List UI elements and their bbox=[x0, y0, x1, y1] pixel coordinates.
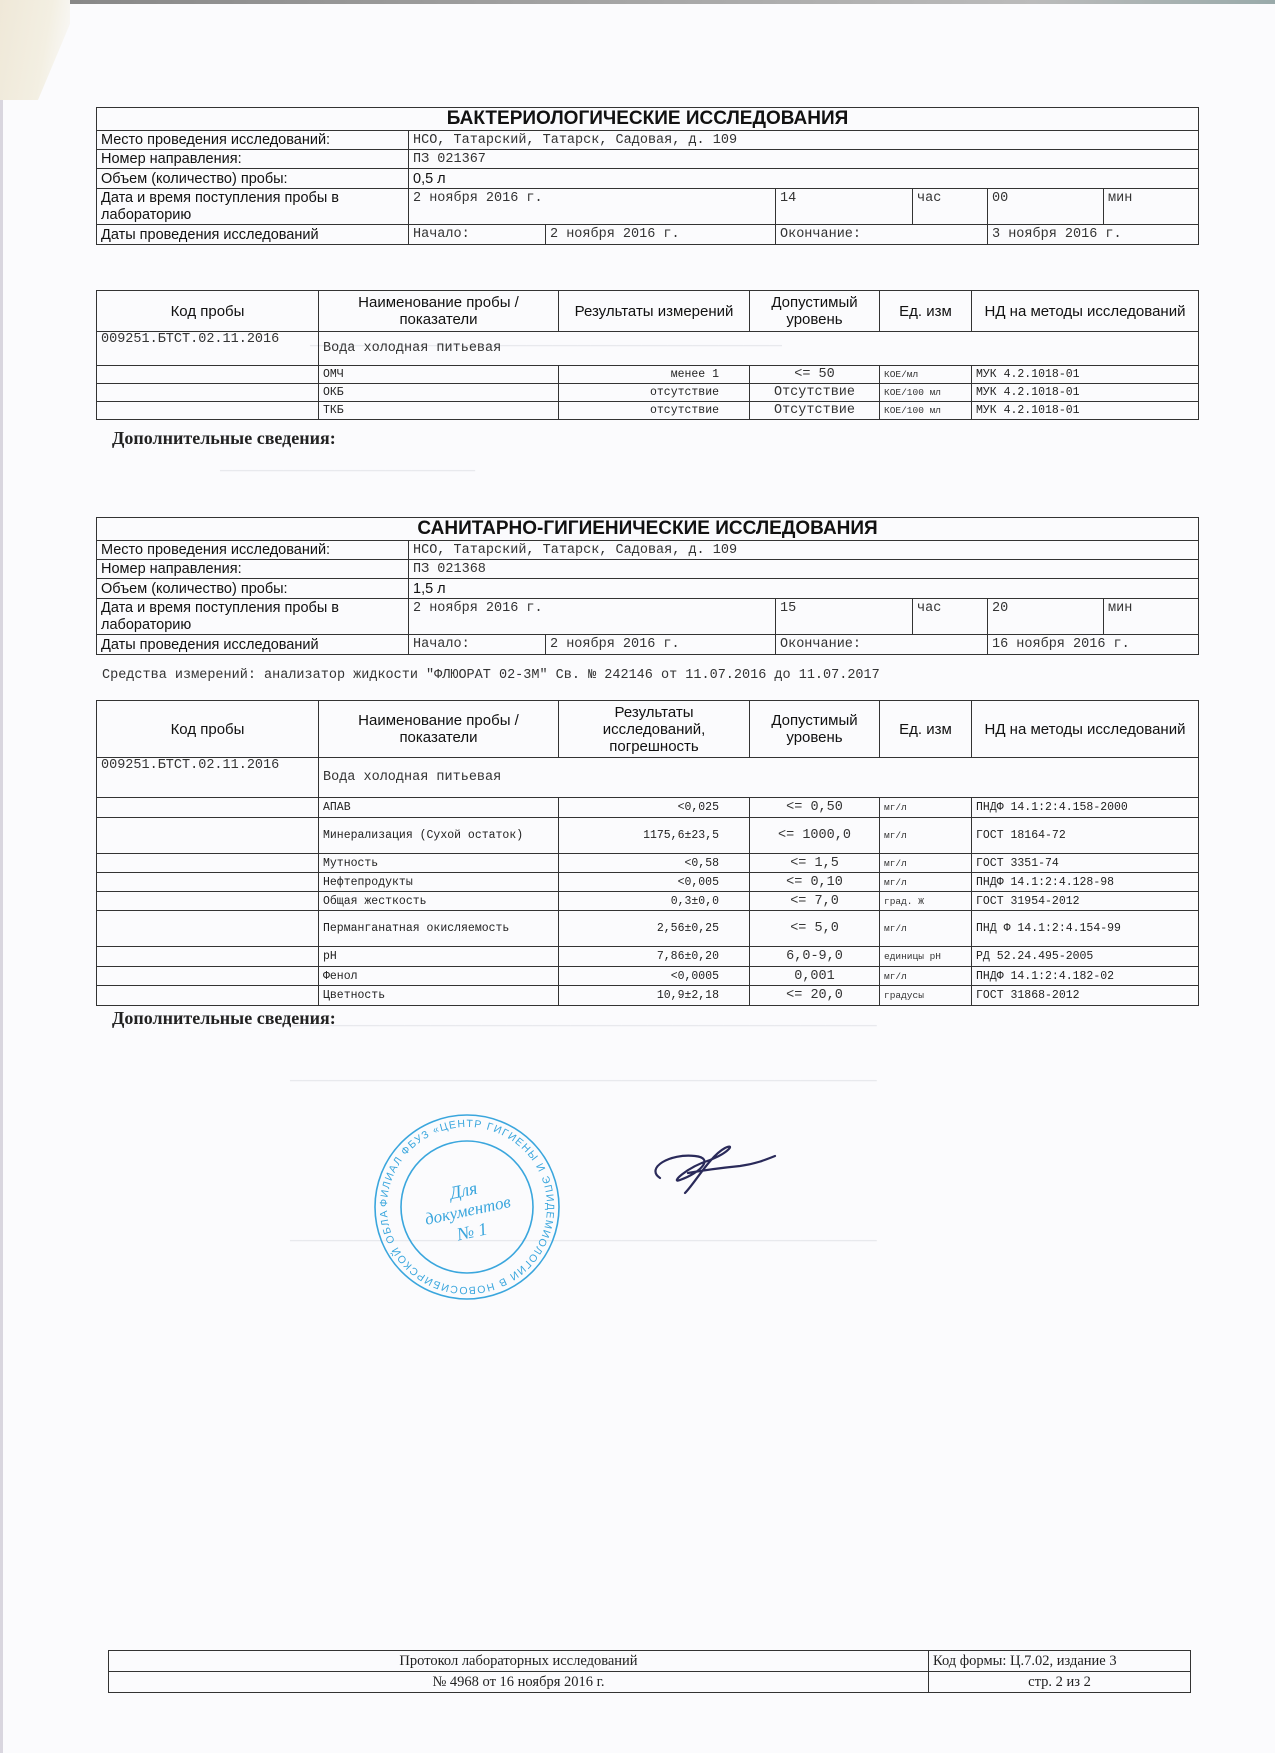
table-row: Фенол<0,00050,001мг/лПНДФ 14.1:2:4.182-0… bbox=[97, 967, 1199, 986]
result-value: <0,005 bbox=[559, 873, 750, 892]
allowed-level: <= 5,0 bbox=[750, 911, 880, 947]
indicator-name: Минерализация (Сухой остаток) bbox=[319, 818, 559, 854]
unit-of-measure: мг/л bbox=[880, 873, 972, 892]
place-value: НСО, Татарский, Татарск, Садовая, д. 109 bbox=[409, 541, 1199, 560]
volume-value: 0,5 л bbox=[409, 169, 1199, 189]
unit-of-measure: мг/л bbox=[880, 798, 972, 818]
indicator-name: ОКБ bbox=[319, 384, 559, 402]
result-value: менее 1 bbox=[559, 366, 750, 384]
result-value: 0,3±0,0 bbox=[559, 892, 750, 911]
sample-code: 009251.БТСТ.02.11.2016 bbox=[97, 758, 319, 798]
table-row: Цветность10,9±2,18<= 20,0градусыГОСТ 318… bbox=[97, 986, 1199, 1006]
method-document: ПНДФ 14.1:2:4.128-98 bbox=[972, 873, 1199, 892]
start-value: 2 ноября 2016 г. bbox=[546, 635, 776, 655]
table-row: Минерализация (Сухой остаток)1175,6±23,5… bbox=[97, 818, 1199, 854]
result-value: отсутствие bbox=[559, 384, 750, 402]
sanitary-info-table: САНИТАРНО-ГИГИЕНИЧЕСКИЕ ИССЛЕДОВАНИЯ Мес… bbox=[96, 517, 1199, 655]
unit-of-measure: мг/л bbox=[880, 967, 972, 986]
sample-name: Вода холодная питьевая bbox=[319, 332, 1199, 366]
allowed-level: <= 1,5 bbox=[750, 854, 880, 873]
allowed-level: Отсутствие bbox=[750, 402, 880, 420]
hour-unit: час bbox=[913, 599, 988, 635]
unit-of-measure: градусы bbox=[880, 986, 972, 1006]
method-document: РД 52.24.495-2005 bbox=[972, 947, 1199, 967]
end-value: 3 ноября 2016 г. bbox=[988, 225, 1199, 245]
form-code: Код формы: Ц.7.02, издание 3 bbox=[929, 1651, 1191, 1672]
indicator-name: Фенол bbox=[319, 967, 559, 986]
method-document: МУК 4.2.1018-01 bbox=[972, 366, 1199, 384]
protocol-footer: Протокол лабораторных исследований Код ф… bbox=[108, 1650, 1191, 1693]
method-document: МУК 4.2.1018-01 bbox=[972, 402, 1199, 420]
sample-code: 009251.БТСТ.02.11.2016 bbox=[97, 332, 319, 366]
allowed-level: <= 0,50 bbox=[750, 798, 880, 818]
method-document: ПНД Ф 14.1:2:4.154-99 bbox=[972, 911, 1199, 947]
column-header: НД на методы исследований bbox=[972, 701, 1199, 758]
page-indicator: стр. 2 из 2 bbox=[929, 1672, 1191, 1693]
bacteriological-results-table: Код пробы Наименование пробы / показател… bbox=[96, 290, 1199, 420]
received-label: Дата и время поступления пробы в лаборат… bbox=[97, 189, 409, 225]
column-header: Ед. изм bbox=[880, 291, 972, 332]
protocol-title: Протокол лабораторных исследований bbox=[109, 1651, 929, 1672]
table-row: Мутность<0,58<= 1,5мг/лГОСТ 3351-74 bbox=[97, 854, 1199, 873]
volume-label: Объем (количество) пробы: bbox=[97, 579, 409, 599]
sanitary-results-table: Код пробы Наименование пробы / показател… bbox=[96, 700, 1199, 1006]
column-header: Результаты исследований, погрешность bbox=[559, 701, 750, 758]
column-header: Ед. изм bbox=[880, 701, 972, 758]
hour-unit: час bbox=[913, 189, 988, 225]
table-row: АПАВ<0,025<= 0,50мг/лПНДФ 14.1:2:4.158-2… bbox=[97, 798, 1199, 818]
direction-label: Номер направления: bbox=[97, 560, 409, 579]
empty-code-cell bbox=[97, 947, 319, 967]
bleed-through-text: ──────────────────── bbox=[220, 460, 475, 481]
measuring-instruments: Средства измерений: анализатор жидкости … bbox=[102, 668, 880, 683]
result-value: отсутствие bbox=[559, 402, 750, 420]
column-header: Допустимый уровень bbox=[750, 291, 880, 332]
unit-of-measure: град. Ж bbox=[880, 892, 972, 911]
dates-label: Даты проведения исследований bbox=[97, 635, 409, 655]
allowed-level: <= 0,10 bbox=[750, 873, 880, 892]
place-value: НСО, Татарский, Татарск, Садовая, д. 109 bbox=[409, 131, 1199, 150]
page-top-edge bbox=[70, 0, 1275, 4]
additional-info-label: Дополнительные сведения: bbox=[112, 428, 336, 449]
empty-code-cell bbox=[97, 854, 319, 873]
unit-of-measure: КОЕ/мл bbox=[880, 366, 972, 384]
bleed-through-text: ────────────────────────────────────────… bbox=[290, 1070, 877, 1091]
volume-label: Объем (количество) пробы: bbox=[97, 169, 409, 189]
table-row: Перманганатная окисляемость2,56±0,25<= 5… bbox=[97, 911, 1199, 947]
result-value: <0,0005 bbox=[559, 967, 750, 986]
svg-text:№ 1: № 1 bbox=[454, 1219, 489, 1245]
allowed-level: <= 20,0 bbox=[750, 986, 880, 1006]
result-value: 1175,6±23,5 bbox=[559, 818, 750, 854]
unit-of-measure: мг/л bbox=[880, 854, 972, 873]
indicator-name: ТКБ bbox=[319, 402, 559, 420]
result-value: <0,58 bbox=[559, 854, 750, 873]
min-unit: мин bbox=[1104, 599, 1199, 635]
column-header: Допустимый уровень bbox=[750, 701, 880, 758]
unit-of-measure: единицы pH bbox=[880, 947, 972, 967]
bleed-through-text: ────────────────────────────────────────… bbox=[290, 1015, 877, 1036]
indicator-name: Мутность bbox=[319, 854, 559, 873]
method-document: ГОСТ 18164-72 bbox=[972, 818, 1199, 854]
section-title: САНИТАРНО-ГИГИЕНИЧЕСКИЕ ИССЛЕДОВАНИЯ bbox=[97, 518, 1199, 541]
received-date: 2 ноября 2016 г. bbox=[409, 599, 776, 635]
end-value: 16 ноября 2016 г. bbox=[988, 635, 1199, 655]
method-document: МУК 4.2.1018-01 bbox=[972, 384, 1199, 402]
indicator-name: Общая жесткость bbox=[319, 892, 559, 911]
empty-code-cell bbox=[97, 402, 319, 420]
direction-value: ПЗ 021367 bbox=[409, 150, 1199, 169]
indicator-name: ОМЧ bbox=[319, 366, 559, 384]
unit-of-measure: мг/л bbox=[880, 818, 972, 854]
indicator-name: АПАВ bbox=[319, 798, 559, 818]
allowed-level: 6,0-9,0 bbox=[750, 947, 880, 967]
volume-value: 1,5 л bbox=[409, 579, 1199, 599]
indicator-name: pH bbox=[319, 947, 559, 967]
empty-code-cell bbox=[97, 892, 319, 911]
result-value: 2,56±0,25 bbox=[559, 911, 750, 947]
result-value: 7,86±0,20 bbox=[559, 947, 750, 967]
empty-code-cell bbox=[97, 384, 319, 402]
empty-code-cell bbox=[97, 798, 319, 818]
received-label: Дата и время поступления пробы в лаборат… bbox=[97, 599, 409, 635]
unit-of-measure: КОЕ/100 мл bbox=[880, 402, 972, 420]
min-unit: мин bbox=[1104, 189, 1199, 225]
allowed-level: <= 7,0 bbox=[750, 892, 880, 911]
column-header: Код пробы bbox=[97, 701, 319, 758]
column-header: Наименование пробы / показатели bbox=[319, 291, 559, 332]
received-min: 00 bbox=[988, 189, 1104, 225]
table-row: Общая жесткость0,3±0,0<= 7,0град. ЖГОСТ … bbox=[97, 892, 1199, 911]
allowed-level: <= 1000,0 bbox=[750, 818, 880, 854]
empty-code-cell bbox=[97, 366, 319, 384]
column-header: Наименование пробы / показатели bbox=[319, 701, 559, 758]
empty-code-cell bbox=[97, 967, 319, 986]
indicator-name: Нефтепродукты bbox=[319, 873, 559, 892]
bacteriological-info-table: БАКТЕРИОЛОГИЧЕСКИЕ ИССЛЕДОВАНИЯ Место пр… bbox=[96, 107, 1199, 245]
section-title: БАКТЕРИОЛОГИЧЕСКИЕ ИССЛЕДОВАНИЯ bbox=[97, 108, 1199, 131]
start-label: Начало: bbox=[409, 635, 546, 655]
result-value: <0,025 bbox=[559, 798, 750, 818]
method-document: ПНДФ 14.1:2:4.158-2000 bbox=[972, 798, 1199, 818]
table-row: ОКБотсутствиеОтсутствиеКОЕ/100 млМУК 4.2… bbox=[97, 384, 1199, 402]
start-value: 2 ноября 2016 г. bbox=[546, 225, 776, 245]
folded-page-corner bbox=[0, 0, 70, 100]
method-document: ГОСТ 31868-2012 bbox=[972, 986, 1199, 1006]
allowed-level: <= 50 bbox=[750, 366, 880, 384]
additional-info-label: Дополнительные сведения: bbox=[112, 1008, 336, 1029]
received-hour: 14 bbox=[776, 189, 913, 225]
indicator-name: Цветность bbox=[319, 986, 559, 1006]
dates-label: Даты проведения исследований bbox=[97, 225, 409, 245]
table-row: pH7,86±0,206,0-9,0единицы pHРД 52.24.495… bbox=[97, 947, 1199, 967]
empty-code-cell bbox=[97, 911, 319, 947]
direction-value: ПЗ 021368 bbox=[409, 560, 1199, 579]
empty-code-cell bbox=[97, 986, 319, 1006]
start-label: Начало: bbox=[409, 225, 546, 245]
place-label: Место проведения исследований: bbox=[97, 131, 409, 150]
method-document: ПНДФ 14.1:2:4.182-02 bbox=[972, 967, 1199, 986]
received-min: 20 bbox=[988, 599, 1104, 635]
received-hour: 15 bbox=[776, 599, 913, 635]
column-header: Код пробы bbox=[97, 291, 319, 332]
official-stamp: ФИЛИАЛ ФБУЗ «ЦЕНТР ГИГИЕНЫ И ЭПИДЕМИОЛОГ… bbox=[372, 1112, 562, 1302]
allowed-level: 0,001 bbox=[750, 967, 880, 986]
end-label: Окончание: bbox=[776, 635, 988, 655]
table-row: ТКБотсутствиеОтсутствиеКОЕ/100 млМУК 4.2… bbox=[97, 402, 1199, 420]
column-header: НД на методы исследований bbox=[972, 291, 1199, 332]
table-row: ОМЧменее 1<= 50КОЕ/млМУК 4.2.1018-01 bbox=[97, 366, 1199, 384]
unit-of-measure: КОЕ/100 мл bbox=[880, 384, 972, 402]
column-header: Результаты измерений bbox=[559, 291, 750, 332]
empty-code-cell bbox=[97, 818, 319, 854]
sample-name: Вода холодная питьевая bbox=[319, 758, 1199, 798]
received-date: 2 ноября 2016 г. bbox=[409, 189, 776, 225]
result-value: 10,9±2,18 bbox=[559, 986, 750, 1006]
method-document: ГОСТ 31954-2012 bbox=[972, 892, 1199, 911]
allowed-level: Отсутствие bbox=[750, 384, 880, 402]
unit-of-measure: мг/л bbox=[880, 911, 972, 947]
signature bbox=[640, 1138, 780, 1198]
table-row: Нефтепродукты<0,005<= 0,10мг/лПНДФ 14.1:… bbox=[97, 873, 1199, 892]
protocol-number: № 4968 от 16 ноября 2016 г. bbox=[109, 1672, 929, 1693]
method-document: ГОСТ 3351-74 bbox=[972, 854, 1199, 873]
end-label: Окончание: bbox=[776, 225, 988, 245]
direction-label: Номер направления: bbox=[97, 150, 409, 169]
indicator-name: Перманганатная окисляемость bbox=[319, 911, 559, 947]
scan-edge bbox=[0, 0, 3, 1753]
empty-code-cell bbox=[97, 873, 319, 892]
place-label: Место проведения исследований: bbox=[97, 541, 409, 560]
